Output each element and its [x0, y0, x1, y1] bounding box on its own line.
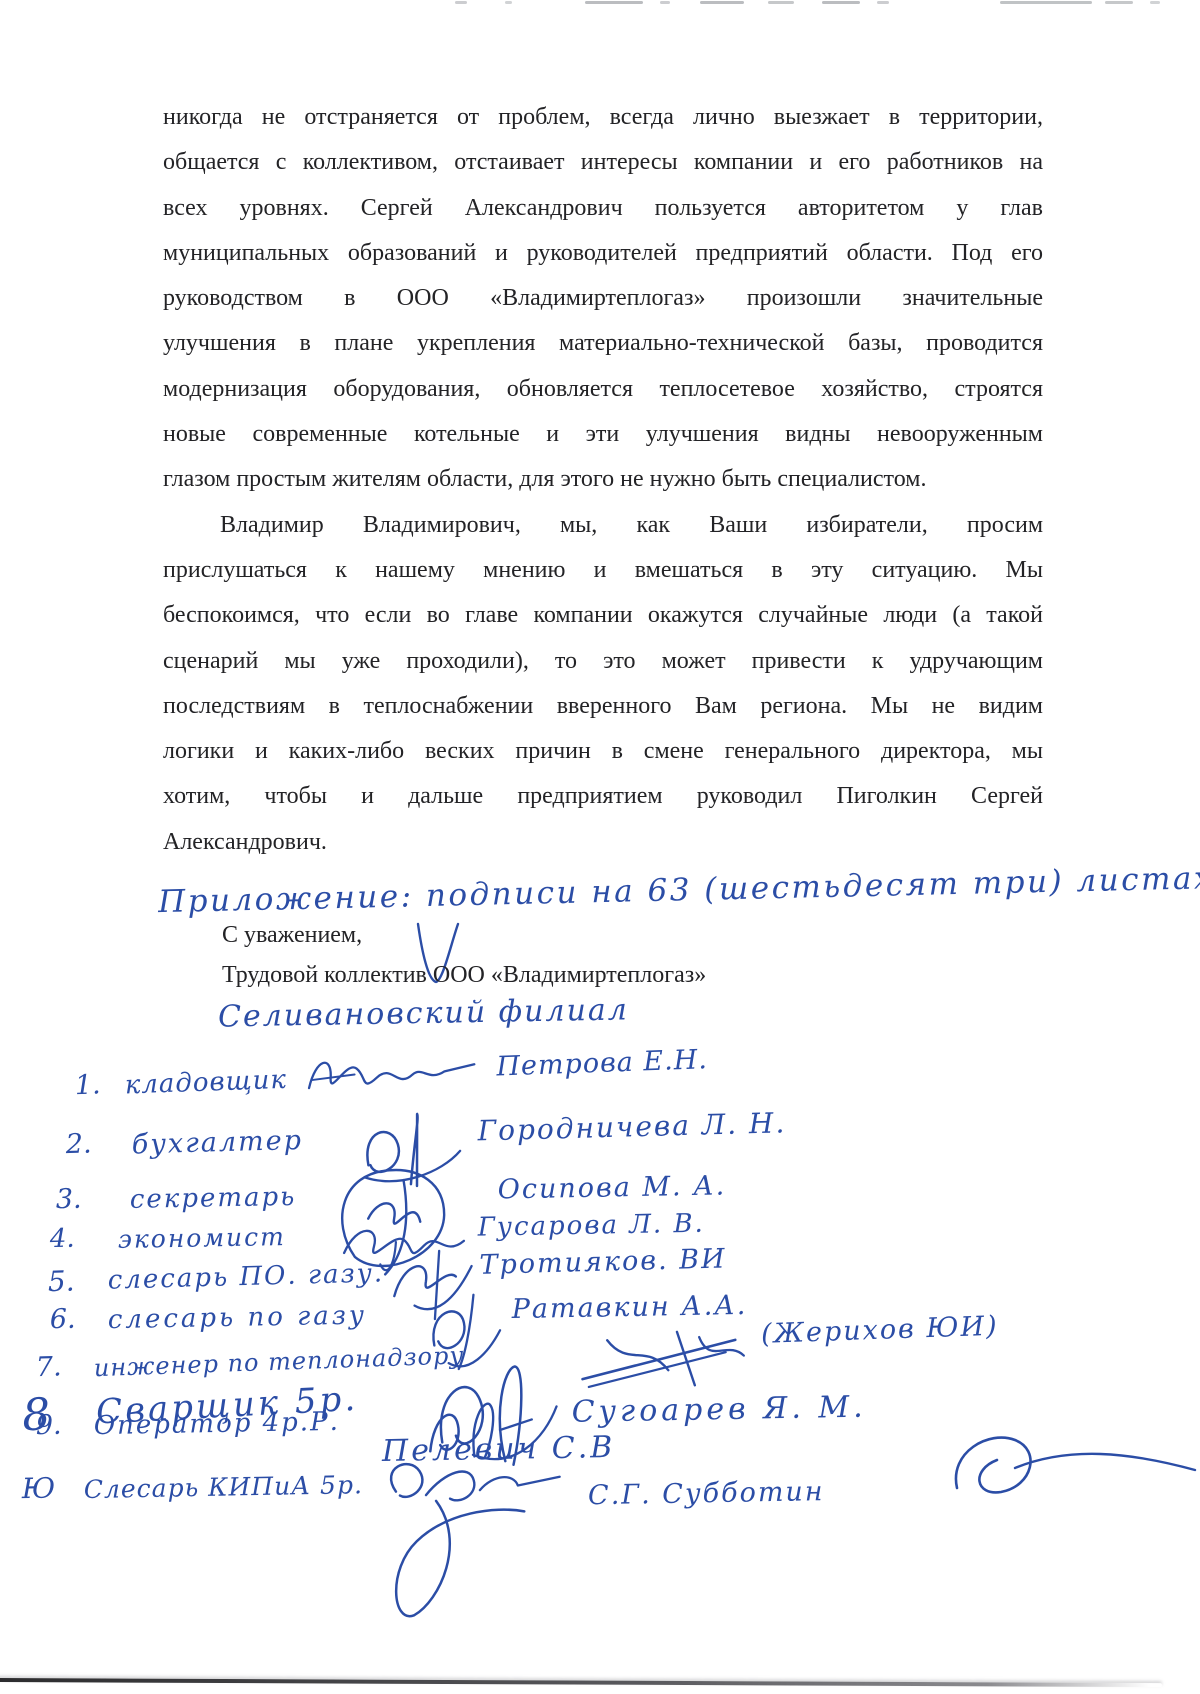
signer-role: слесарь по газу [108, 1301, 368, 1336]
letter-line: улучшения в плане укрепления материально… [163, 321, 1043, 366]
letter-line: общается с коллективом, отстаивает интер… [163, 140, 1043, 185]
letter-line: новые современные котельные и эти улучше… [163, 412, 1043, 457]
letter-line: беспокоимся, что если во главе компании … [163, 593, 1043, 638]
row-number: 2. [65, 1129, 92, 1161]
scan-edge-line [0, 1678, 1162, 1687]
signature-scribble [302, 1044, 484, 1108]
scanned-letter-page: никогда не отстраняется от проблем, всег… [0, 0, 1200, 1694]
signer-role: кладовщик [124, 1065, 287, 1101]
row-number: Ю [22, 1472, 56, 1506]
closing-line: С уважением, [222, 922, 362, 949]
signer-name: Тротияков. ВИ [479, 1243, 727, 1280]
signer-role: секретарь [130, 1182, 297, 1215]
row-number: 9. [36, 1410, 62, 1441]
letter-line: последствиям в теплоснабжении вверенного… [163, 684, 1043, 729]
scan-artifact [1105, 1, 1133, 4]
signer-name: Петрова Е.Н. [496, 1044, 708, 1082]
scan-artifact [822, 1, 860, 4]
signer-name: Сугоарев Я. М. [571, 1390, 867, 1430]
scan-artifact [700, 1, 744, 4]
signer-role: экономист [118, 1222, 287, 1254]
letter-line: логики и каких-либо веских причин в смен… [163, 729, 1043, 774]
signature-scribble [373, 1448, 591, 1637]
letter-line: муниципальных образований и руководителе… [163, 231, 1043, 276]
scan-artifact [1150, 1, 1160, 4]
signer-name: Осипова М. А. [497, 1170, 726, 1205]
signer-role: слесарь ПО. газу. [107, 1258, 384, 1295]
scan-artifact [660, 1, 670, 4]
letter-line: Александрович. [163, 820, 1043, 865]
letter-line: прислушаться к нашему мнению и вмешаться… [163, 548, 1043, 593]
row-number: 7. [35, 1351, 62, 1383]
row-number: 4. [50, 1224, 75, 1254]
scan-artifact [505, 1, 512, 4]
letter-line: хотим, чтобы и дальше предприятием руков… [163, 774, 1043, 819]
scan-artifact [585, 1, 643, 4]
letter-line: глазом простым жителям области, для этог… [163, 457, 1043, 502]
signer-name: Гусарова Л. В. [477, 1209, 705, 1243]
signer-role: бухгалтер [131, 1125, 303, 1160]
row-number: 1. [74, 1069, 101, 1101]
row-number: 3. [56, 1184, 82, 1215]
scan-artifact [455, 1, 467, 4]
signer-name: С.Г. Субботин [588, 1476, 825, 1511]
letter-body: никогда не отстраняется от проблем, всег… [163, 95, 1043, 865]
signer-role: Оператор 4р.Р. [94, 1407, 341, 1441]
attachment-note: Приложение: подписи на 63 (шестьдесят тр… [158, 860, 1200, 920]
letter-line: Владимир Владимирович, мы, как Ваши изби… [163, 503, 1043, 548]
signer-name: Ратавкин А.А. [511, 1290, 747, 1325]
row-number: 5. [47, 1264, 75, 1298]
scan-artifact [1000, 1, 1092, 4]
letter-line: руководством в ООО «Владимиртеплогаз» пр… [163, 276, 1043, 321]
signer-role: Слесарь КИПиА 5р. [84, 1470, 364, 1504]
letter-line: всех уровнях. Сергей Александрович польз… [163, 186, 1043, 231]
branch-name: Селивановский филиал [218, 992, 629, 1034]
letter-line: никогда не отстраняется от проблем, всег… [163, 95, 1043, 140]
letter-line: модернизация оборудования, обновляется т… [163, 367, 1043, 412]
signoff-line: Трудовой коллектив ООО «Владимиртеплогаз… [222, 962, 706, 989]
scan-artifact [768, 1, 794, 4]
scan-artifact [877, 1, 889, 4]
letter-line: сценарий мы уже проходили), то это может… [163, 639, 1043, 684]
row-number: 6. [50, 1304, 76, 1335]
signer-name: Городничева Л. Н. [477, 1106, 787, 1147]
